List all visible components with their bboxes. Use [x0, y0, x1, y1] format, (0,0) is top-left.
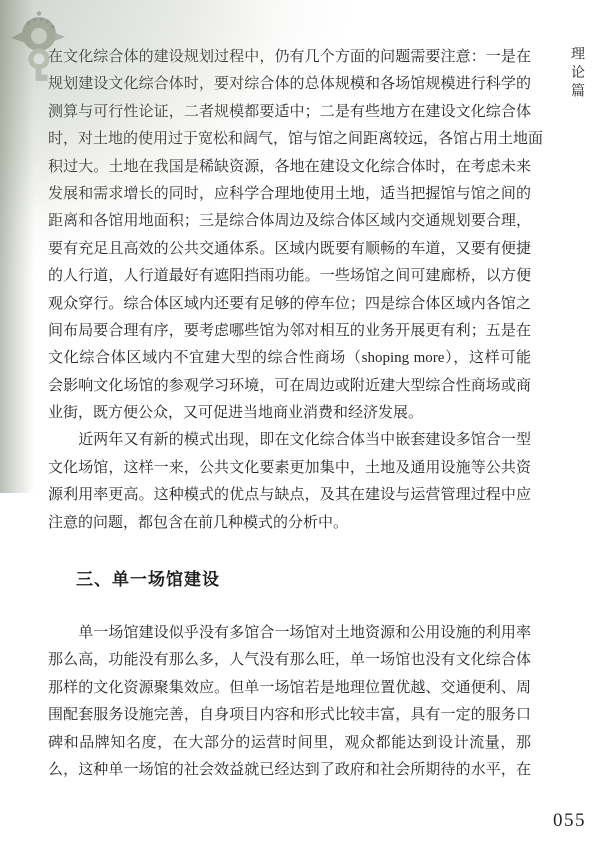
- text-line: 碑和品牌知名度，在大部分的运营时间里，观众都能达到设计流量，那: [48, 730, 531, 757]
- text-line: 业街，既方便公众，又可促进当地商业消费和经济发展。: [48, 400, 531, 427]
- text-line: 围配套服务设施完善，自身项目内容和形式比较丰富，具有一定的服务口: [48, 702, 531, 729]
- paragraph: 在文化综合体的建设规划过程中，仍有几个方面的问题需要注意：一是在规划建设文化综合…: [48, 44, 531, 427]
- body-text: 在文化综合体的建设规划过程中，仍有几个方面的问题需要注意：一是在规划建设文化综合…: [48, 44, 531, 784]
- paragraph: 近两年又有新的模式出现，即在文化综合体当中嵌套建设多馆合一型文化场馆，这样一来，…: [48, 427, 531, 537]
- text-line: 规划建设文化综合体时，要对综合体的总体规模和各场馆规模进行科学的: [48, 71, 531, 98]
- text-line: 距离和各馆用地面积；三是综合体周边及综合体区域内交通规划要合理，: [48, 208, 531, 235]
- text-line: 测算与可行性论证，二者规模都要适中；二是有些地方在建设文化综合体: [48, 99, 531, 126]
- page-number: 055: [553, 810, 586, 832]
- margin-chapter-label: 理论篇: [566, 46, 586, 102]
- section-heading: 三、单一场馆建设: [48, 565, 531, 594]
- text-line: 在文化综合体的建设规划过程中，仍有几个方面的问题需要注意：一是在: [48, 44, 531, 71]
- paragraph: 单一场馆建设似乎没有多馆合一场馆对土地资源和公用设施的利用率那么高，功能没有那么…: [48, 620, 531, 784]
- text-line: 那样的文化资源聚集效应。但单一场馆若是地理位置优越、交通便利、周: [48, 675, 531, 702]
- text-line: 单一场馆建设似乎没有多馆合一场馆对土地资源和公用设施的利用率: [48, 620, 531, 647]
- text-line: 那么高，功能没有那么多，人气没有那么旺，单一场馆也没有文化综合体: [48, 647, 531, 674]
- text-line: 观众穿行。综合体区域内还要有足够的停车位；四是综合体区域内各馆之: [48, 291, 531, 318]
- text-line: 时，对土地的使用过于宽松和阔气，馆与馆之间距离较远，各馆占用土地面: [48, 126, 531, 153]
- text-line: 文化场馆，这样一来，公共文化要素更加集中，土地及通用设施等公共资: [48, 455, 531, 482]
- text-line: 间布局要合理有序，要考虑哪些馆为邻对相互的业务开展更有利；五是在: [48, 318, 531, 345]
- text-line: 源利用率更高。这种模式的优点与缺点，及其在建设与运营管理过程中应: [48, 482, 531, 509]
- text-line: 文化综合体区域内不宜建大型的综合性商场（shoping more），这样可能: [48, 345, 531, 372]
- book-page: 理论篇 在文化综合体的建设规划过程中，仍有几个方面的问题需要注意：一是在规划建设…: [0, 0, 599, 850]
- text-line: 近两年又有新的模式出现，即在文化综合体当中嵌套建设多馆合一型: [48, 427, 531, 454]
- text-line: 的人行道，人行道最好有遮阳挡雨功能。一些场馆之间可建廊桥，以方便: [48, 263, 531, 290]
- text-line: 么，这种单一场馆的社会效益就已经达到了政府和社会所期待的水平，在: [48, 757, 531, 784]
- text-line: 积过大。土地在我国是稀缺资源，各地在建设文化综合体时，在考虑未来: [48, 154, 531, 181]
- text-line: 会影响文化场馆的参观学习环境，可在周边或附近建大型综合性商场或商: [48, 373, 531, 400]
- text-line: 注意的问题，都包含在前几种模式的分析中。: [48, 510, 531, 537]
- text-line: 发展和需求增长的同时，应科学合理地使用土地，适当把握馆与馆之间的: [48, 181, 531, 208]
- text-line: 要有充足且高效的公共交通体系。区域内既要有顺畅的车道，又要有便捷: [48, 236, 531, 263]
